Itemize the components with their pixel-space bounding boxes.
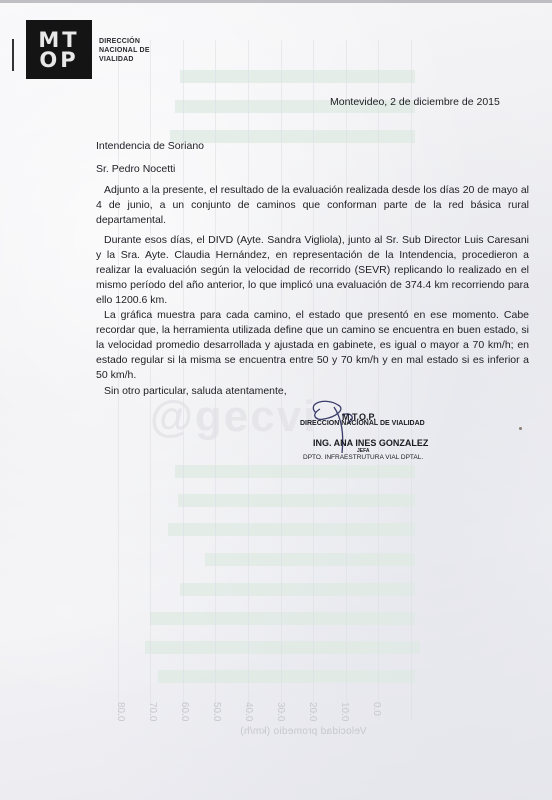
logo-line-1: MT (38, 30, 79, 50)
margin-mark (12, 39, 14, 71)
mtop-logo: MT OP (26, 20, 92, 79)
recipient-org: Intendencia de Soriano (96, 140, 204, 152)
paragraph-2: Durante esos días, el DIVD (Ayte. Sandra… (96, 233, 529, 308)
org-name: DIRECCIÓN NACIONAL DE VIALIDAD (99, 37, 150, 64)
paragraph-3: La gráfica muestra para cada camino, el … (96, 308, 529, 383)
stamp-line-2: DIRECCION NACIONAL DE VIALIDAD (300, 420, 425, 427)
org-line-3: VIALIDAD (99, 55, 150, 64)
recipient-name: Sr. Pedro Nocetti (96, 163, 175, 175)
signer-department: DPTO. INFRAESTRUTURA VIAL DPTAL. (303, 454, 423, 461)
scan-top-edge (0, 0, 552, 3)
signer-name: ING. ANA INES GONZALEZ (313, 438, 428, 448)
paper-background (0, 0, 552, 800)
letter-date: Montevideo, 2 de diciembre de 2015 (330, 96, 500, 108)
ink-speck (519, 427, 522, 430)
logo-line-2: OP (39, 50, 78, 70)
org-line-2: NACIONAL DE (99, 46, 150, 55)
paragraph-1: Adjunto a la presente, el resultado de l… (96, 183, 529, 228)
org-line-1: DIRECCIÓN (99, 37, 150, 46)
